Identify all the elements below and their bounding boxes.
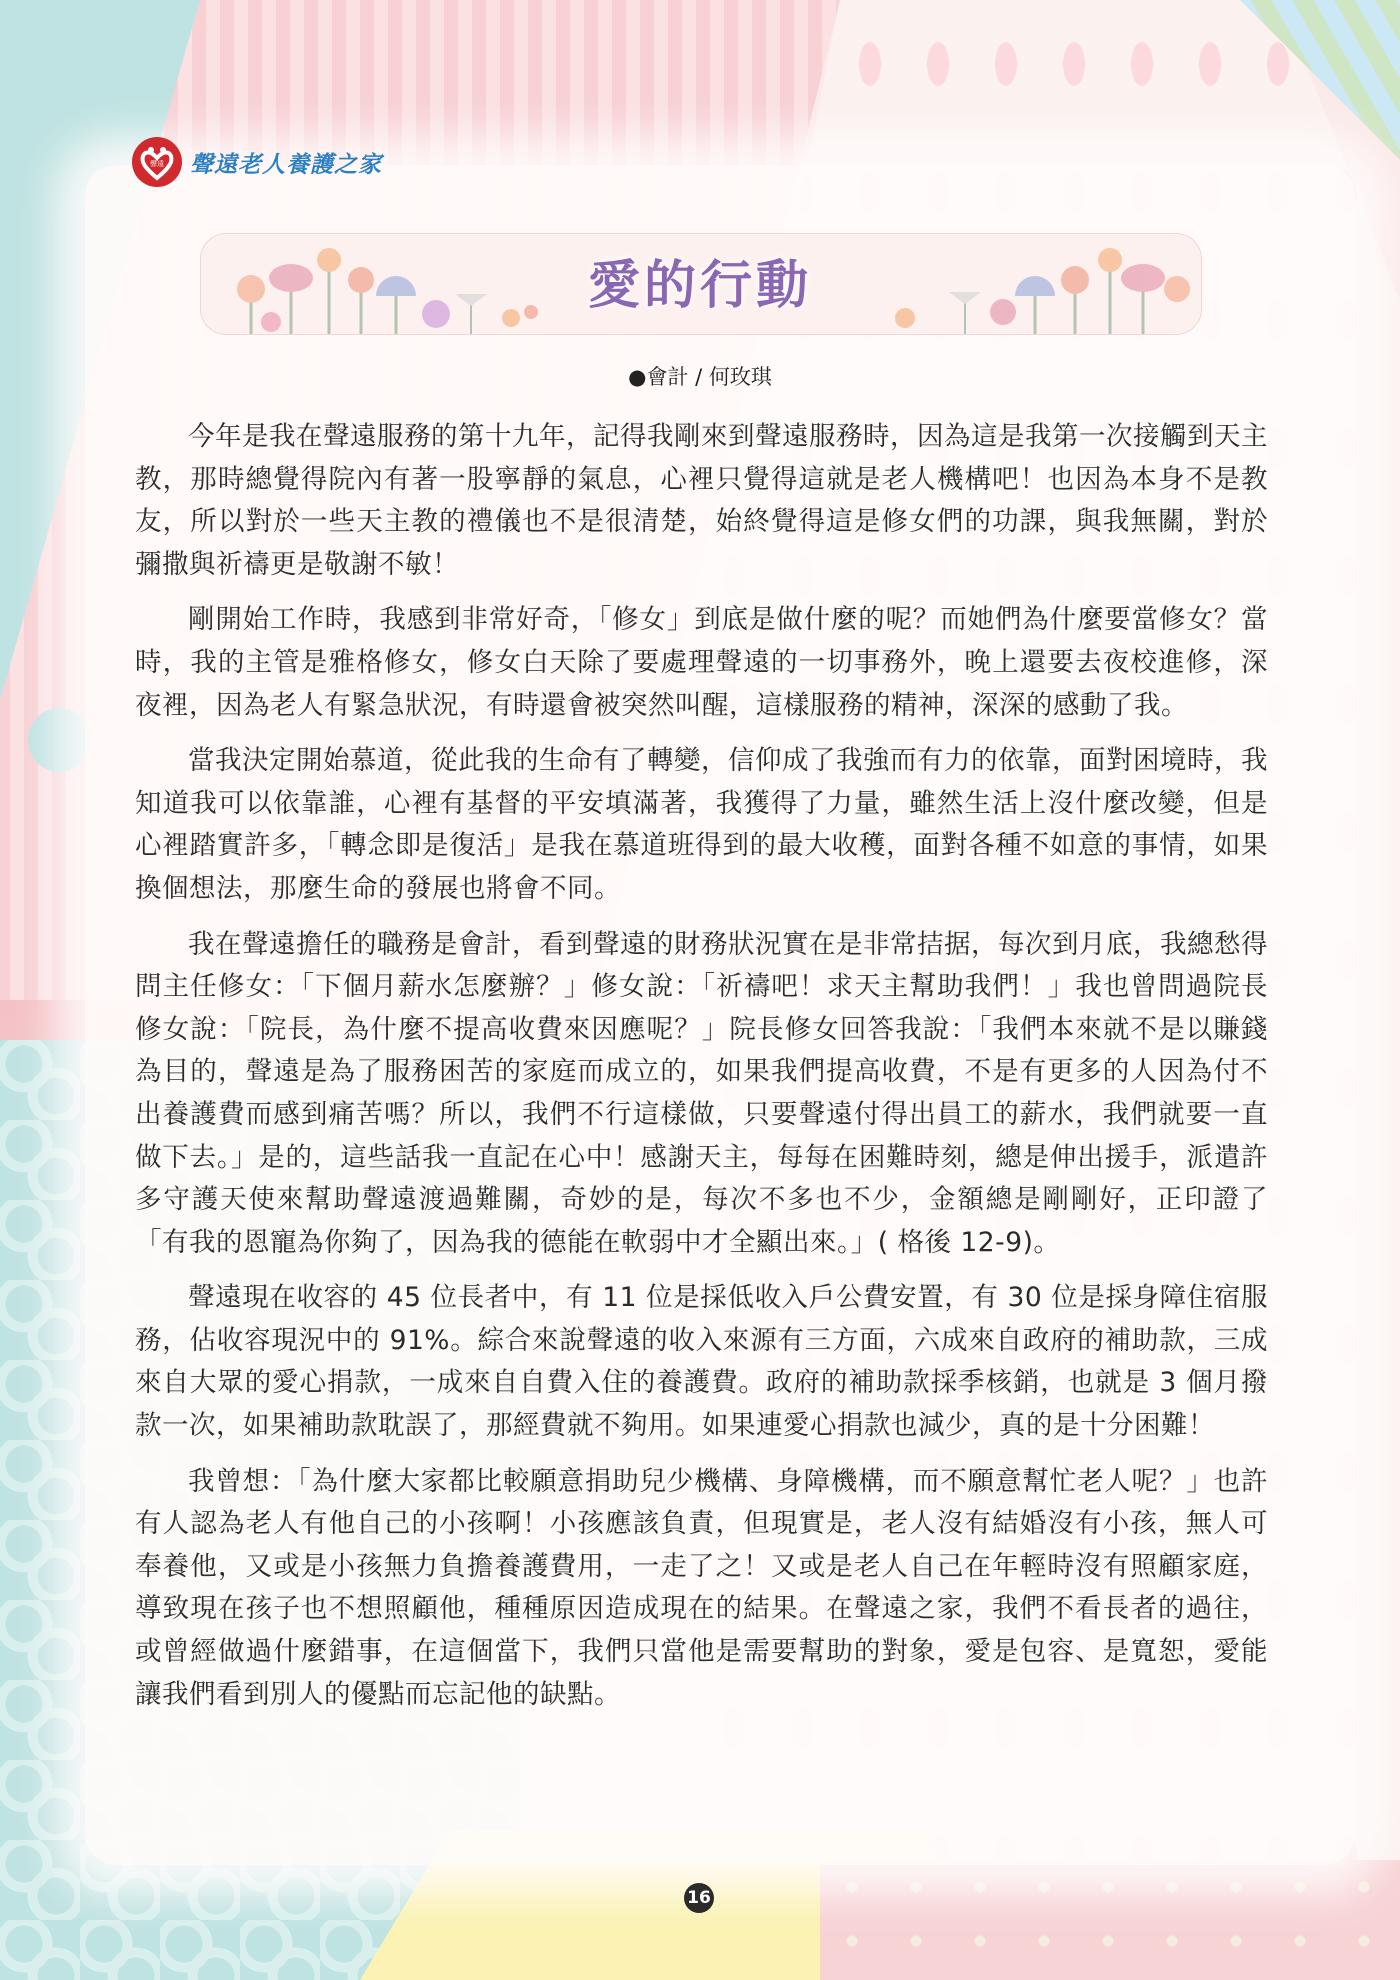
article-title: 愛的行動	[0, 243, 1400, 318]
pink-star-pattern	[820, 1860, 1400, 1980]
org-name: 聲遠老人養護之家	[190, 146, 382, 179]
article-body: 今年是我在聲遠服務的第十九年，記得我剛來到聲遠服務時，因為這是我第一次接觸到天主…	[135, 416, 1268, 1729]
heart-logo-icon: 聲遠	[132, 137, 182, 187]
article-paragraph: 我曾想：「為什麼大家都比較願意捐助兒少機構、身障機構，而不願意幫忙老人呢？」也許…	[135, 1461, 1268, 1717]
article-paragraph: 今年是我在聲遠服務的第十九年，記得我剛來到聲遠服務時，因為這是我第一次接觸到天主…	[135, 416, 1268, 586]
org-logo: 聲遠 聲遠老人養護之家	[132, 137, 382, 187]
article-byline: ●會計 / 何玫琪	[0, 361, 1400, 391]
svg-text:聲遠: 聲遠	[150, 159, 164, 168]
article-paragraph: 我在聲遠擔任的職務是會計，看到聲遠的財務狀況實在是非常拮据，每次到月底，我總愁得…	[135, 924, 1268, 1265]
page-number: 16	[684, 1883, 714, 1913]
article-paragraph: 聲遠現在收容的 45 位長者中，有 11 位是採低收入戶公費安置，有 30 位是…	[135, 1277, 1268, 1447]
article-paragraph: 剛開始工作時，我感到非常好奇，「修女」到底是做什麼的呢？而她們為什麼要當修女？當…	[135, 599, 1268, 727]
article-paragraph: 當我決定開始慕道，從此我的生命有了轉變，信仰成了我強而有力的依靠，面對困境時，我…	[135, 740, 1268, 910]
teal-circle-decoration	[28, 708, 92, 772]
